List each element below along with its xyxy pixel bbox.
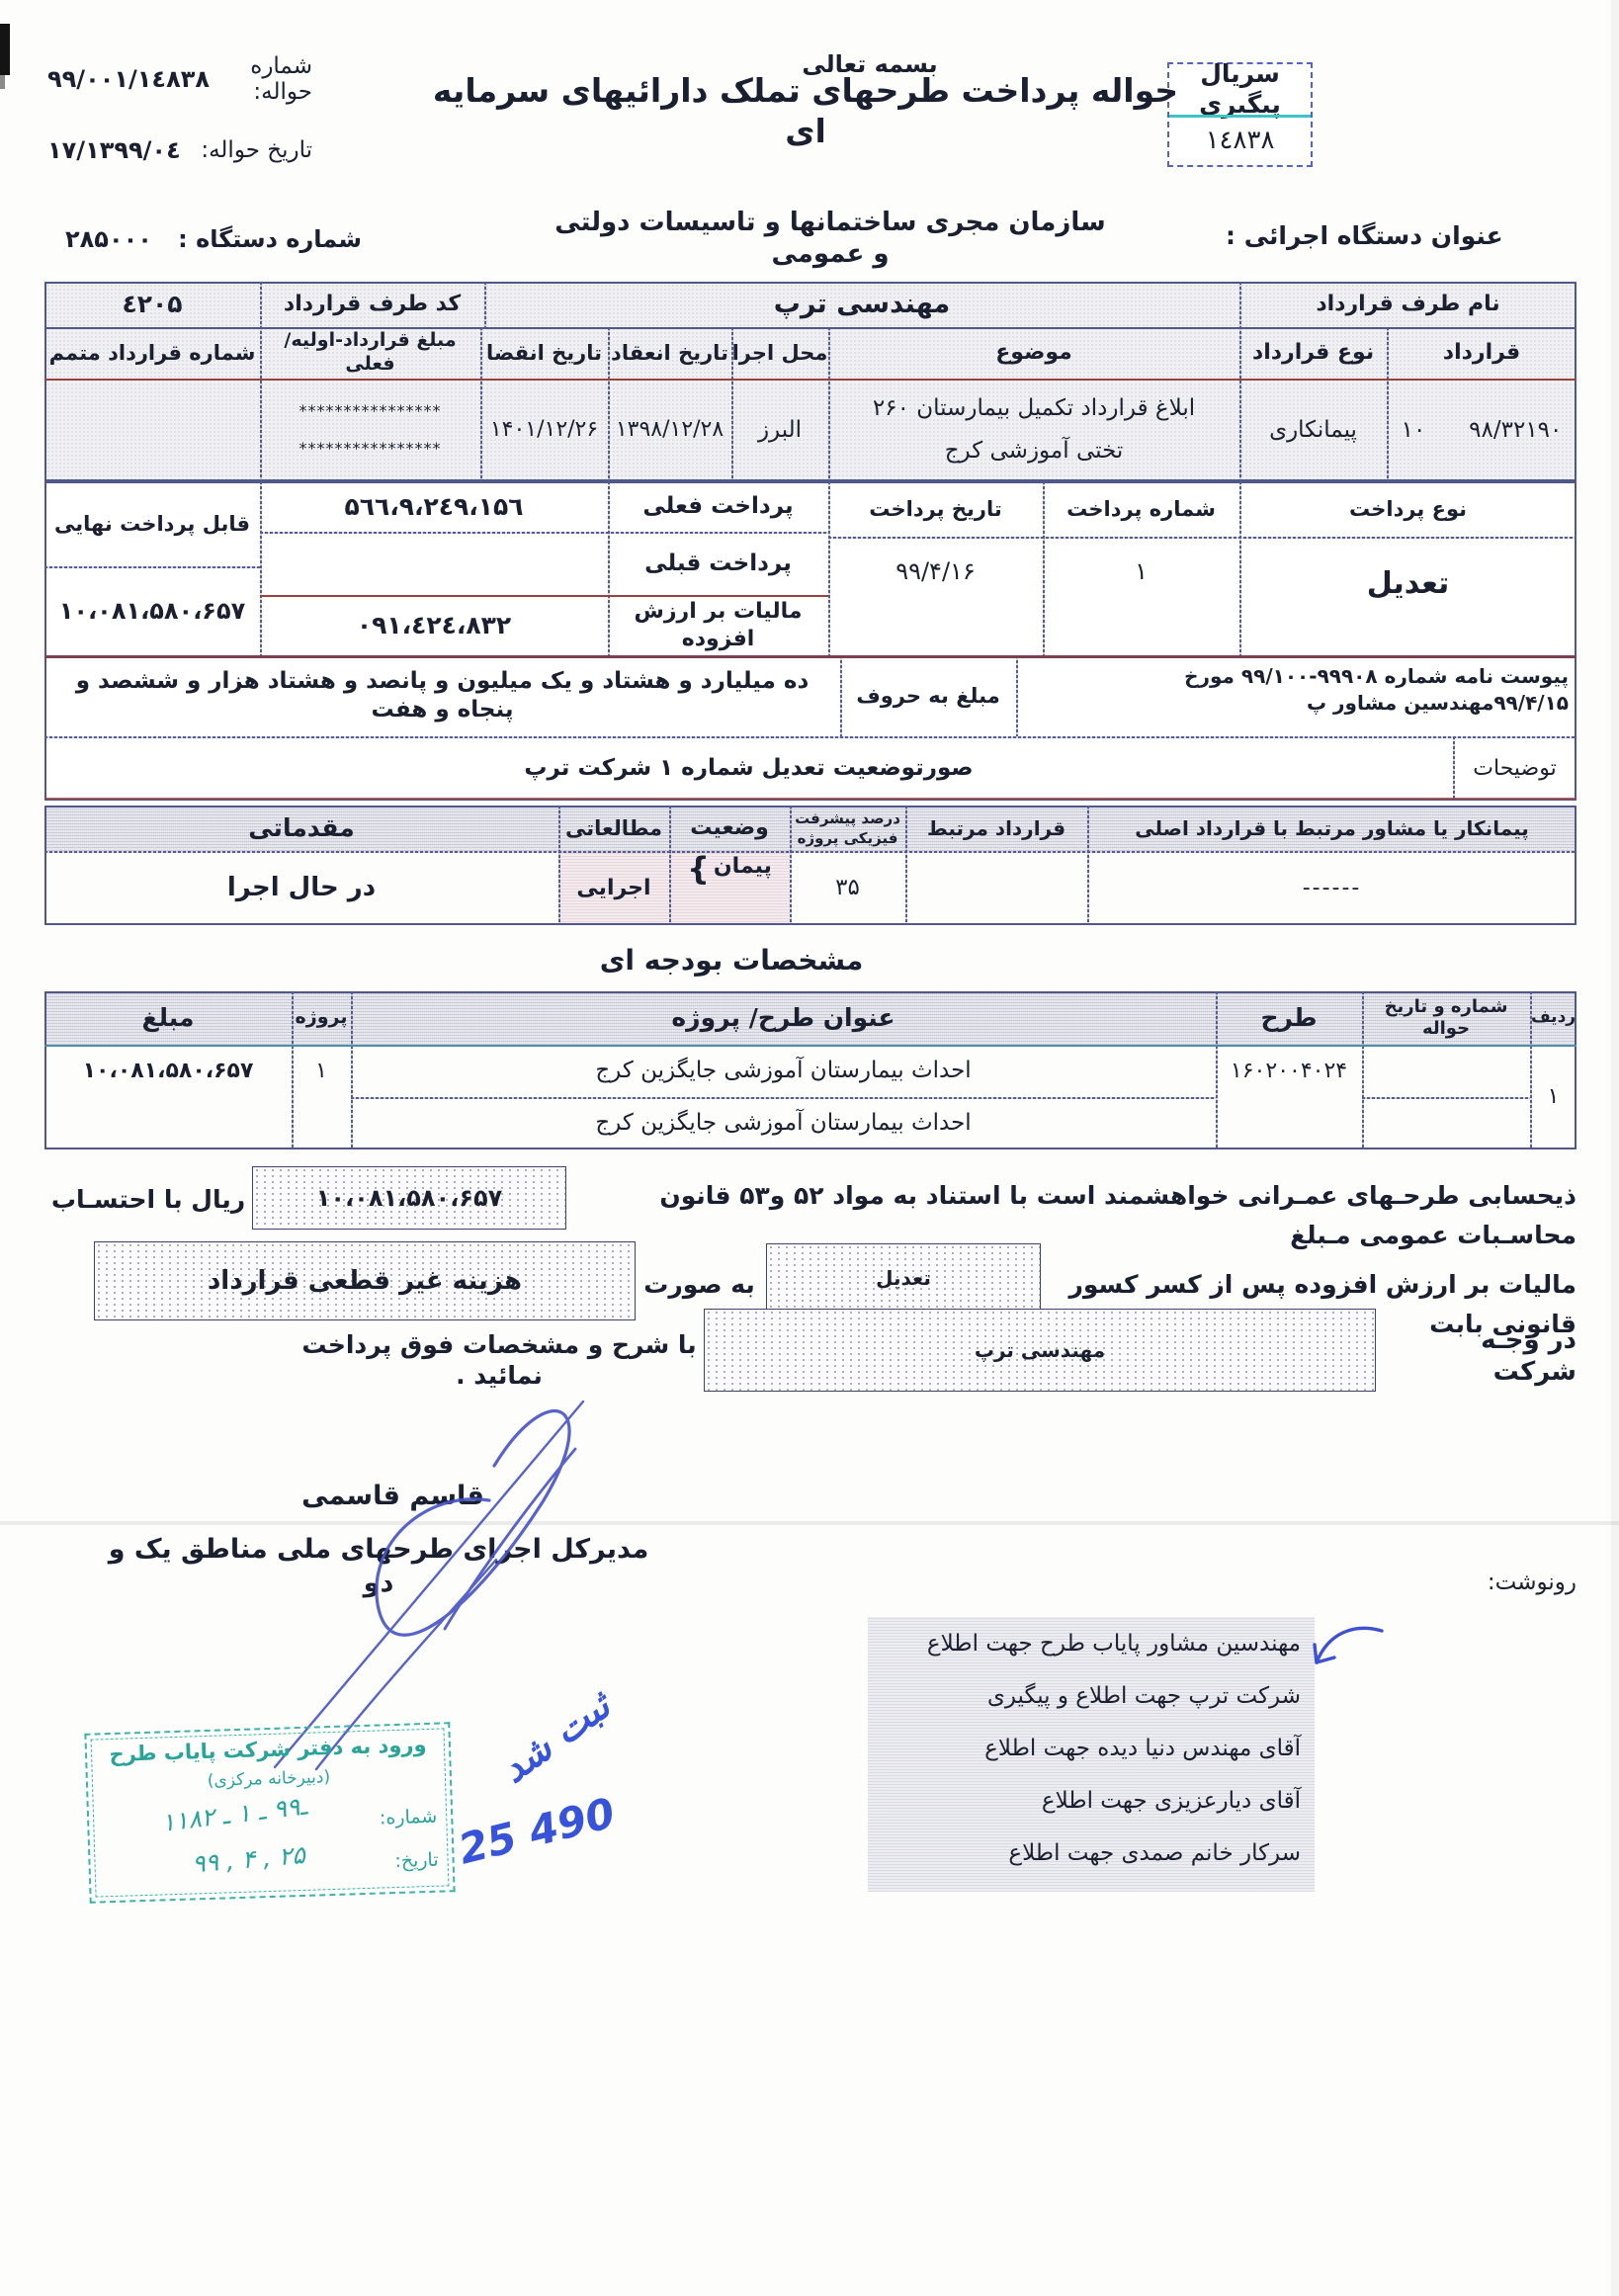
amount-masked-line2: **************** xyxy=(299,439,442,459)
contract-type-header: نوع قرارداد xyxy=(1239,327,1387,379)
handwritten-number: 25 490 xyxy=(420,1780,652,1882)
device-number-row: شماره دستگاه : ۲۸۵۰۰۰ xyxy=(65,221,362,257)
amount-masked-line1: **************** xyxy=(299,401,442,421)
contract-amount-header: مبلغ قرارداد-اولیه/فعلی xyxy=(260,327,480,379)
stamp-number-value: ۱ـ۹۹ ـ ۱ ـ ۱۸۲ xyxy=(110,1785,359,1842)
current-payment-value: ۹،۲٤۹،۱۵٦،۵٦٦ xyxy=(260,481,608,532)
budget-row-value: ۱ xyxy=(1530,1045,1576,1149)
progress-header-line2: فیزیکی پروژه xyxy=(798,829,898,848)
related-contract-header: قرارداد مرتبط xyxy=(905,806,1087,851)
voucher-number-row: شماره حواله: ۹۹/۰۰۱/۱٤۸۳۸ xyxy=(47,61,312,97)
preliminary-value: در حال اجرا xyxy=(44,851,558,925)
notes-label: توضیحات xyxy=(1453,736,1576,801)
stamp-title: ورود به دفتر شرکت پایاب طرح xyxy=(87,1732,450,1766)
amount-words-label: مبلغ به حروف xyxy=(840,655,1016,736)
authorization-sentence-1: ذیحسابی طرحـهای عمـرانی خواهشمند است با … xyxy=(573,1176,1576,1255)
party-code-value: ٤۲۰۵ xyxy=(44,282,260,327)
sign-date-header: تاریخ انعقاد xyxy=(608,327,731,379)
payment-type-header: نوع پرداخت xyxy=(1239,481,1576,537)
final-payable-label: قابل پرداخت نهایی xyxy=(44,481,260,566)
scanned-voucher-page: سریال پیگیری ۱٤۸۳۸ بسمه تعالی حواله پردا… xyxy=(0,0,1619,2296)
payment-type-value: تعدیل xyxy=(1239,537,1576,631)
budget-section-title: مشخصات بودجه ای xyxy=(484,939,979,980)
voucher-number-value: ۹۹/۰۰۱/۱٤۸۳۸ xyxy=(47,65,210,93)
subject-value: ابلاغ قرارداد تکمیل بیمارستان ۲۶۰ تختی آ… xyxy=(828,379,1239,481)
agency-name: سازمان مجری ساختمانها و تاسیسات دولتی و … xyxy=(554,219,1107,257)
copies-item: مهندسین مشاور پایاب طرح جهت اطلاع xyxy=(876,1631,1301,1657)
budget-ref-header: شماره و تاریخ حواله xyxy=(1362,991,1530,1045)
subject-header: موضوع xyxy=(828,327,1239,379)
scan-corner-mark-small xyxy=(0,75,5,89)
contract-type-value: پیمانکاری xyxy=(1239,379,1387,481)
vat-value: ۸۳۲،٤۲٤،۰۹۱ xyxy=(260,595,608,655)
study-header: مطالعاتی xyxy=(558,806,669,851)
expiry-date-value: ۱۴۰۱/۱۲/۲۶ xyxy=(480,379,608,481)
study-value: اجرایی xyxy=(558,851,669,925)
location-value: البرز xyxy=(731,379,828,481)
stamp-number-label: شماره: xyxy=(380,1806,438,1829)
preliminary-header: مقدماتی xyxy=(44,806,558,851)
copies-item: سرکار خانم صمدی جهت اطلاع xyxy=(876,1840,1301,1866)
payment-date-value: ۹۹/۴/۱۶ xyxy=(828,537,1043,606)
vat-label: مالیات بر ارزش افزوده xyxy=(608,595,828,655)
stamp-subtitle: (دبیرخانه مرکزی) xyxy=(88,1763,450,1794)
budget-project-header: پروژه xyxy=(292,991,351,1045)
contract-col-header: قرارداد xyxy=(1387,327,1576,379)
final-payable-value: ۱۰،۰۸۱،۵۸۰،۶۵۷ xyxy=(44,566,260,655)
copies-item: آقای دیارعزیزی جهت اطلاع xyxy=(876,1788,1301,1814)
current-payment-label: پرداخت فعلی xyxy=(608,481,828,532)
payment-number-header: شماره پرداخت xyxy=(1043,481,1239,537)
progress-value: ۳۵ xyxy=(790,851,905,925)
budget-project-value: ۱ xyxy=(292,1045,351,1097)
besurat-label: به صورت xyxy=(638,1267,761,1303)
expiry-date-header: تاریخ انقضا xyxy=(480,327,608,379)
subject-line2: تختی آموزشی کرج xyxy=(945,437,1124,466)
payment-number-value: ۱ xyxy=(1043,537,1239,606)
copies-item: شرکت ترپ جهت اطلاع و پیگیری xyxy=(876,1683,1301,1709)
budget-amount-header: مبلغ xyxy=(44,991,292,1045)
progress-header: درصد پیشرفت فیزیکی پروژه xyxy=(790,806,905,851)
page-title: حواله پرداخت طرحهای تملک دارائیهای سرمای… xyxy=(415,87,1196,134)
authorized-amount-value: ۱۰،۰۸۱،۵۸۰،۶۵۷ xyxy=(316,1184,502,1212)
previous-payment-label: پرداخت قبلی xyxy=(608,532,828,595)
budget-plan-value: ۱۶۰۲۰۰۴۰۲۴ xyxy=(1216,1045,1362,1097)
budget-title-row1: احداث بیمارستان آموزشی جایگزین کرج xyxy=(351,1045,1216,1097)
voucher-number-label: شماره حواله: xyxy=(210,53,312,105)
budget-amount-value: ۱۰،۰۸۱،۵۸۰،۶۵۷ xyxy=(44,1045,292,1097)
contract-amount-masked: **************** **************** xyxy=(260,379,480,481)
copies-label: رونوشت: xyxy=(1461,1570,1576,1595)
supplement-header: شماره قرارداد متمم xyxy=(44,327,260,379)
related-contractor-value: ------ xyxy=(1087,851,1576,925)
scan-edge-shadow xyxy=(1611,0,1619,2296)
scan-corner-mark xyxy=(0,24,10,75)
budget-title-header: عنوان طرح/ پروژه xyxy=(351,991,1216,1045)
peyman-text: پیمان xyxy=(714,853,772,881)
party-code-label: کد طرف قرارداد xyxy=(260,282,484,327)
related-contractor-header: پیمانکار یا مشاور مرتبط با قرارداد اصلی xyxy=(1087,806,1576,851)
subject-line1: ابلاغ قرارداد تکمیل بیمارستان ۲۶۰ xyxy=(873,394,1195,423)
device-number-value: ۲۸۵۰۰۰ xyxy=(65,225,152,253)
sign-date-value: ۱۳۹۸/۱۲/۲۸ xyxy=(608,379,731,481)
attachment-note: پیوست نامه شماره ۹۹۹۰۸-۹۹/۱۰۰ مورخ ۹۹/۴/… xyxy=(1016,655,1576,736)
peyman-brace: { xyxy=(687,853,710,885)
budget-plan-header: طرح xyxy=(1216,991,1362,1045)
amount-words-value: ده میلیارد و هشتاد و یک میلیون و پانصد و… xyxy=(44,655,840,736)
stamp-date-value: ۹۹ , ۴ , ۲۵ xyxy=(149,1836,349,1882)
rial-suffix: ریال با احتسـاب xyxy=(49,1182,247,1218)
annotation-arrow-icon xyxy=(1307,1621,1390,1678)
payment-basis-value: تعدیل xyxy=(876,1266,931,1290)
device-number-label: شماره دستگاه : xyxy=(178,225,362,253)
status-header: وضعیت xyxy=(669,806,790,851)
budget-row-header: ردیف xyxy=(1530,991,1576,1045)
agency-label: عنوان دستگاه اجرائی : xyxy=(1226,217,1577,255)
party-name-value: مهندسی ترپ xyxy=(484,282,1239,327)
payment-basis-box: تعدیل xyxy=(766,1243,1041,1313)
contract-number-value: ۱۰ ۹۸/۳۲۱۹۰ xyxy=(1387,379,1576,481)
expense-type-box: هزینه غیر قطعی قرارداد xyxy=(94,1241,636,1320)
authorized-amount-box: ۱۰،۰۸۱،۵۸۰،۶۵۷ xyxy=(252,1166,566,1230)
party-name-label: نام طرف قرارداد xyxy=(1239,282,1576,327)
payee-value: مهندسی ترپ xyxy=(975,1338,1105,1362)
voucher-date-value: ۱۳۹۹/۰٤/۱۷ xyxy=(47,136,181,164)
payment-date-header: تاریخ پرداخت xyxy=(828,481,1043,537)
location-header: محل اجرا xyxy=(731,327,828,379)
voucher-date-row: تاریخ حواله: ۱۳۹۹/۰٤/۱۷ xyxy=(47,132,312,168)
entry-stamp: ورود به دفتر شرکت پایاب طرح (دبیرخانه مر… xyxy=(84,1722,455,1904)
copies-item: آقای مهندس دنیا دیده جهت اطلاع xyxy=(876,1736,1301,1761)
notes-value: صورتوضعیت تعدیل شماره ۱ شرکت ترپ xyxy=(44,736,1453,801)
grid-line xyxy=(1362,1097,1530,1099)
progress-header-line1: درصد پیشرفت xyxy=(795,809,900,828)
payee-label: در وجـه شرکت xyxy=(1420,1336,1576,1376)
voucher-date-label: تاریخ حواله: xyxy=(201,137,312,163)
budget-title-row2: احداث بیمارستان آموزشی جایگزین کرج xyxy=(351,1097,1216,1149)
peyman-cell: پیمان { xyxy=(669,851,790,925)
payee-box: مهندسی ترپ xyxy=(704,1309,1376,1392)
expense-type-value: هزینه غیر قطعی قرارداد xyxy=(208,1266,522,1296)
